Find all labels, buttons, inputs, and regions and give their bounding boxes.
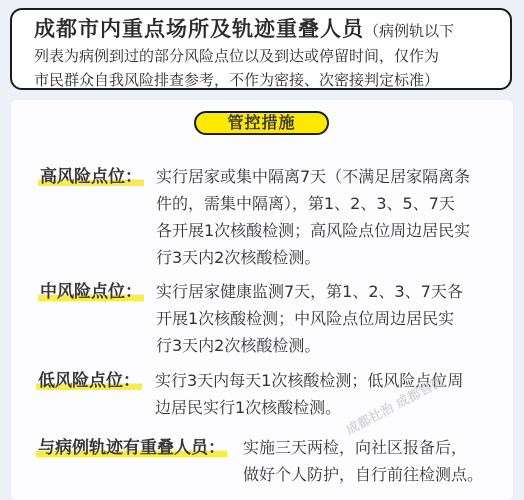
overlap-persons-label: 与病例轨迹有重叠人员： <box>36 437 227 459</box>
text-line: 件的，需集中隔离），第1、2、3、5、7天 <box>156 190 470 217</box>
medium-risk-label: 中风险点位： <box>38 281 144 303</box>
section-badge: 管控措施 <box>194 111 329 135</box>
text-line: 实施三天两检，向社区报备后， <box>243 434 483 461</box>
text-line: 实行居家健康监测7天，第1、2、3、7天各 <box>156 278 463 305</box>
medium-risk-text: 实行居家健康监测7天，第1、2、3、7天各 开展1次核酸检测；中风险点位周边居民… <box>156 278 463 359</box>
title-note: （病例轨以下 <box>364 22 454 40</box>
text-line: 行3天内2次核酸检测。 <box>156 332 463 359</box>
text-line: 开展1次核酸检测；中风险点位周边居民实 <box>156 305 463 332</box>
title-note-line-2: 列表为病例到过的部分风险点位以及到达或停留时间，仅作为 <box>34 44 500 68</box>
page-title: 成都市内重点场所及轨迹重叠人员（病例轨以下 <box>34 16 500 44</box>
overlap-persons-text: 实施三天两检，向社区报备后， 做好个人防护，自行前往检测点。 <box>243 434 483 488</box>
low-risk-label: 低风险点位： <box>36 370 142 392</box>
text-line: 行3天内2次核酸检测。 <box>156 244 470 271</box>
title-note-line-3: 市民群众自我风险排查参考，不作为密接、次密接判定标准） <box>34 68 500 92</box>
text-line: 实行居家或集中隔离7天（不满足居家隔离条 <box>156 163 470 190</box>
high-risk-label: 高风险点位： <box>38 166 144 188</box>
text-line: 做好个人防护，自行前往检测点。 <box>243 461 483 488</box>
title-main: 成都市内重点场所及轨迹重叠人员 <box>34 17 364 41</box>
title-box: 成都市内重点场所及轨迹重叠人员（病例轨以下 列表为病例到过的部分风险点位以及到达… <box>10 8 512 90</box>
text-line: 各开展1次核酸检测；高风险点位周边居民实 <box>156 217 470 244</box>
high-risk-text: 实行居家或集中隔离7天（不满足居家隔离条 件的，需集中隔离），第1、2、3、5、… <box>156 163 470 271</box>
